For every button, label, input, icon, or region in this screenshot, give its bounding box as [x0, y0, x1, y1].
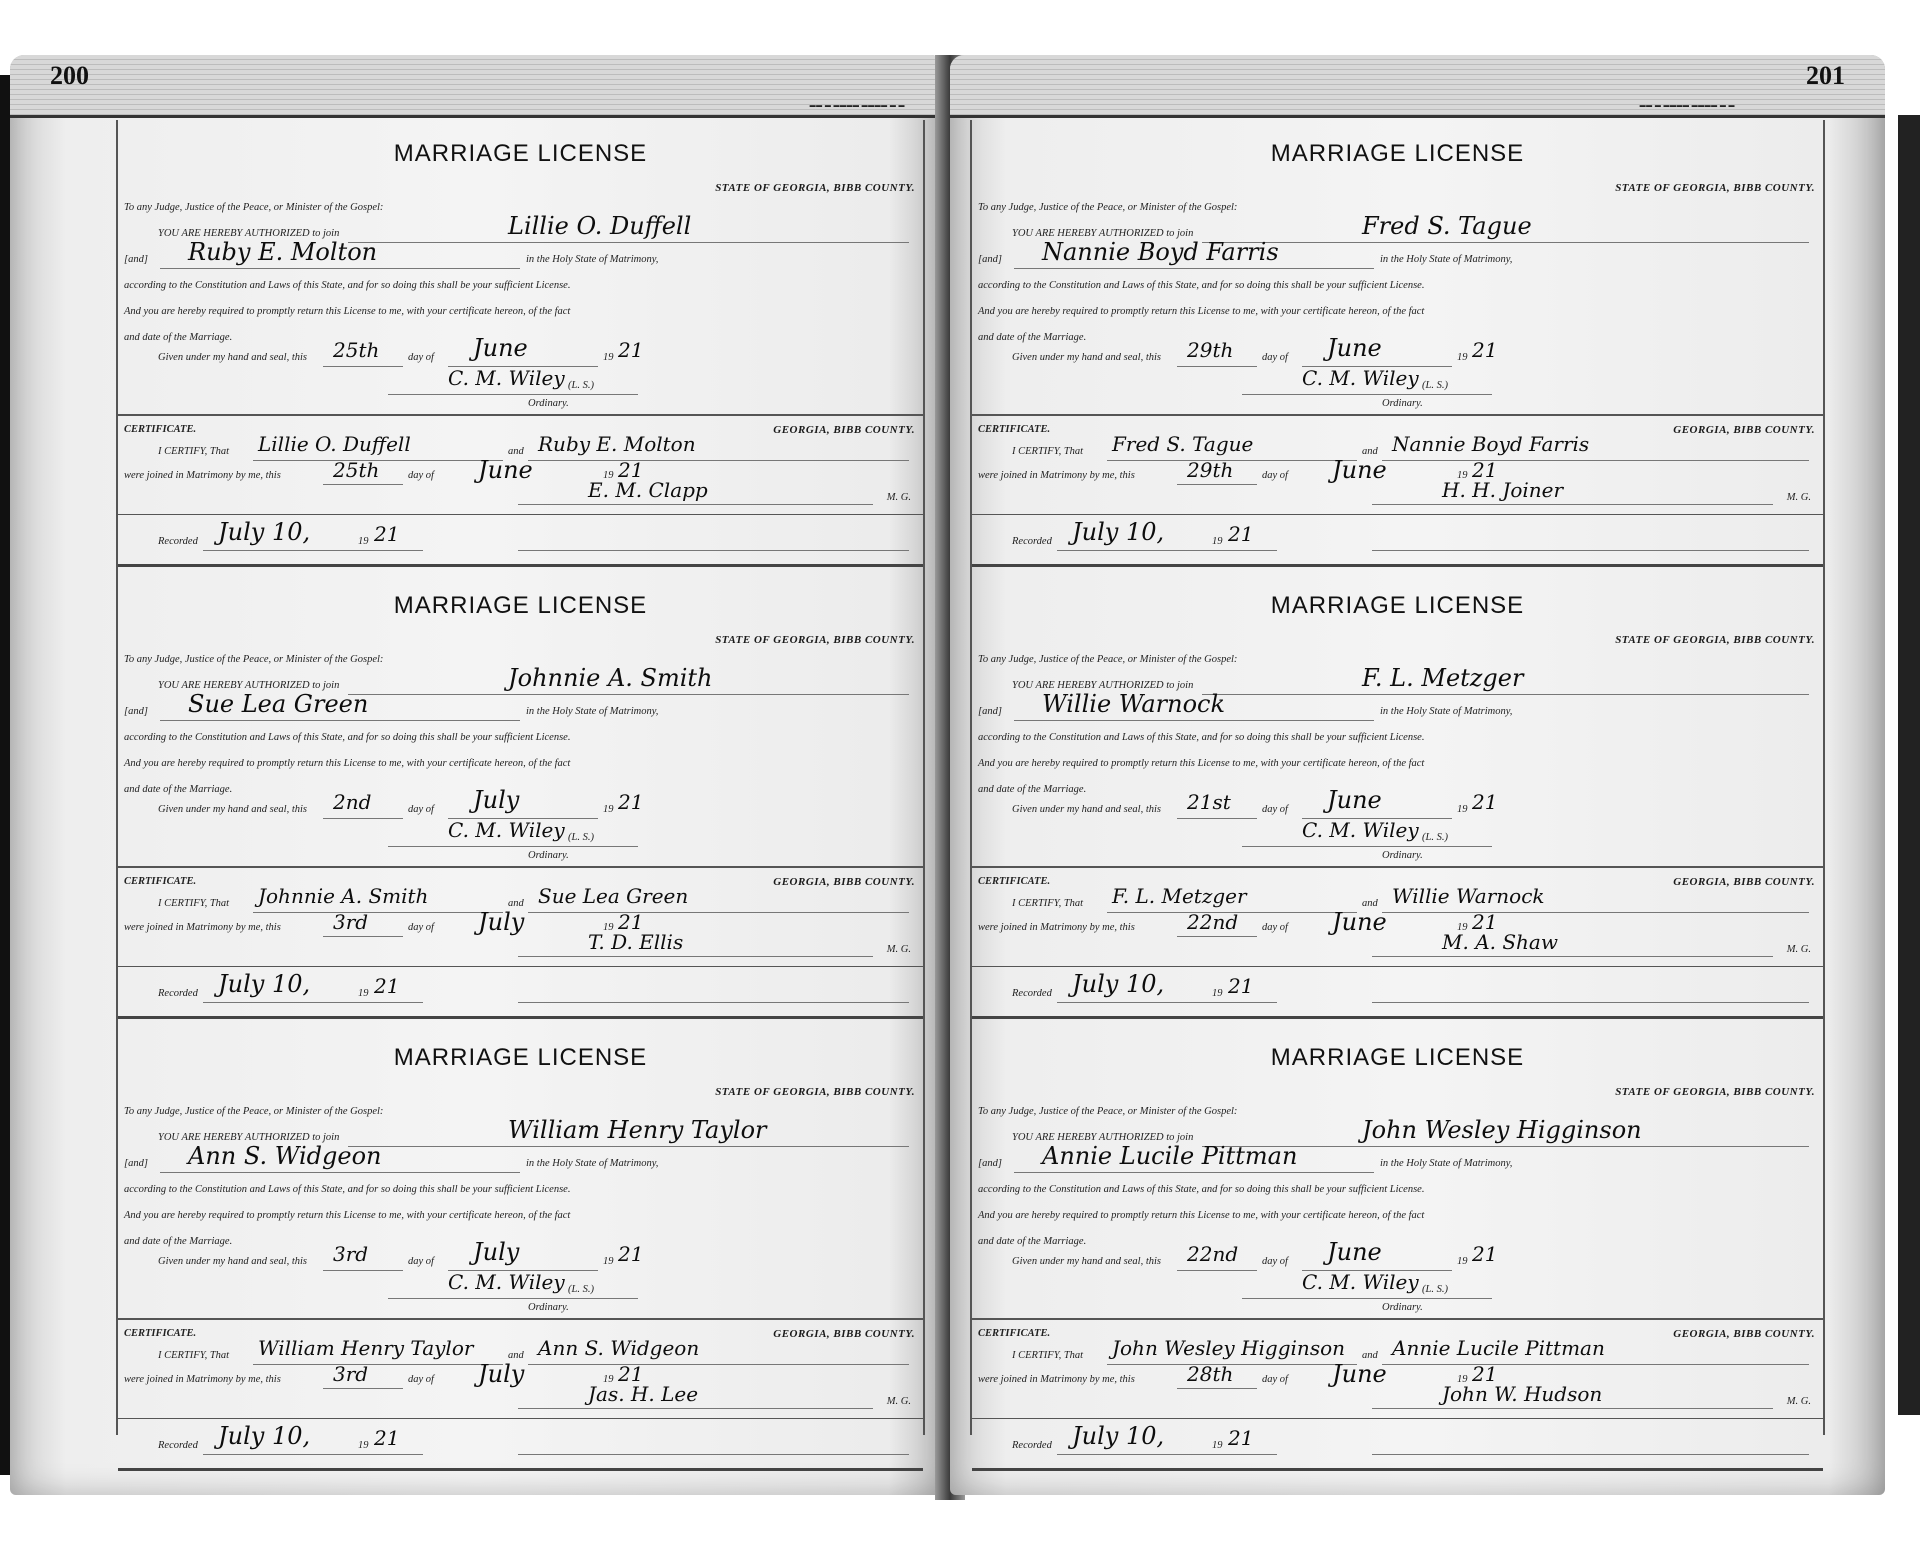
joined-text: were joined in Matrimony by me, this: [978, 1374, 1135, 1385]
recorded-line: [203, 1002, 423, 1003]
certificate-county: GEORGIA, BIBB COUNTY.: [773, 424, 915, 436]
joined-text: were joined in Matrimony by me, this: [124, 922, 281, 933]
license-day: 21st: [1187, 790, 1231, 814]
ls-seal: (L. S.): [568, 380, 594, 391]
bride-line: [160, 720, 520, 721]
day-line: [323, 818, 403, 819]
license-year: 21: [1472, 790, 1497, 814]
bride-line: [160, 1172, 520, 1173]
officiant-line: [1372, 504, 1773, 505]
page-number: 201: [1806, 61, 1845, 91]
joined-text: were joined in Matrimony by me, this: [124, 470, 281, 481]
license-title: MARRIAGE LICENSE: [972, 1044, 1823, 1072]
cert-day-line: [323, 484, 403, 485]
section-divider: [972, 514, 1823, 515]
license-month: June: [1327, 334, 1382, 362]
holy-state-text: in the Holy State of Matrimony,: [1380, 254, 1512, 265]
recorded-year-prefix: 19: [1212, 988, 1223, 999]
cert-day-of-text: day of: [1262, 922, 1288, 933]
recorded-year-prefix: 19: [358, 988, 369, 999]
license-day: 3rd: [333, 1242, 368, 1266]
date-of-text: and date of the Marriage.: [124, 1236, 232, 1247]
section-divider: [118, 966, 923, 967]
license-year: 21: [618, 790, 643, 814]
recorded-date: July 10,: [218, 970, 310, 998]
recorded-line: [203, 1454, 423, 1455]
recorded-date: July 10,: [1072, 1422, 1164, 1450]
section-divider: [118, 414, 923, 416]
cert-day-line: [323, 1388, 403, 1389]
cert-month: June: [1332, 456, 1387, 484]
cert-bride-name: Willie Warnock: [1392, 884, 1545, 908]
cert-bride-line: [1382, 460, 1809, 461]
certificate-county: GEORGIA, BIBB COUNTY.: [773, 876, 915, 888]
cert-day-of-text: day of: [408, 1374, 434, 1385]
required-text: And you are hereby required to promptly …: [978, 306, 1424, 317]
cert-day: 3rd: [333, 1362, 368, 1386]
ordinary-label: Ordinary.: [528, 398, 569, 409]
certificate-county: GEORGIA, BIBB COUNTY.: [1673, 876, 1815, 888]
according-text: according to the Constitution and Laws o…: [124, 732, 570, 743]
ordinary-label: Ordinary.: [1382, 1302, 1423, 1313]
cert-day: 3rd: [333, 910, 368, 934]
bride-name: Annie Lucile Pittman: [1042, 1142, 1297, 1170]
ordinary-signature: C. M. Wiley: [448, 366, 565, 390]
marriage-record: MARRIAGE LICENSE STATE OF GEORGIA, BIBB …: [972, 120, 1823, 570]
section-divider: [118, 1318, 923, 1320]
and-label: [and]: [124, 254, 148, 265]
section-divider: [118, 866, 923, 868]
license-month: June: [1327, 1238, 1382, 1266]
and-label: [and]: [124, 1158, 148, 1169]
cert-month: June: [1332, 908, 1387, 936]
officiant-signature: E. M. Clapp: [588, 478, 708, 502]
cert-groom-name: Johnnie A. Smith: [258, 884, 428, 908]
cert-bride-name: Sue Lea Green: [538, 884, 688, 908]
recorded-label: Recorded: [1012, 988, 1052, 999]
officiant-line: [1372, 956, 1773, 957]
salutation-text: To any Judge, Justice of the Peace, or M…: [124, 654, 383, 665]
certificate-label: CERTIFICATE.: [124, 1328, 196, 1339]
bride-name: Nannie Boyd Farris: [1042, 238, 1279, 266]
recorded-label: Recorded: [1012, 536, 1052, 547]
recorded-year-prefix: 19: [1212, 1440, 1223, 1451]
groom-line: [348, 242, 909, 243]
blank-line: [1372, 550, 1809, 551]
date-of-text: and date of the Marriage.: [124, 332, 232, 343]
cert-groom-name: F. L. Metzger: [1112, 884, 1247, 908]
recorded-date: July 10,: [218, 1422, 310, 1450]
groom-line: [1202, 694, 1809, 695]
certificate-county: GEORGIA, BIBB COUNTY.: [1673, 424, 1815, 436]
officiant-signature: H. H. Joiner: [1442, 478, 1563, 502]
cert-day-line: [1177, 936, 1257, 937]
ordinary-label: Ordinary.: [528, 1302, 569, 1313]
certificate-county: GEORGIA, BIBB COUNTY.: [1673, 1328, 1815, 1340]
recorded-year: 21: [1228, 522, 1253, 546]
certificate-label: CERTIFICATE.: [978, 1328, 1050, 1339]
ordinary-signature: C. M. Wiley: [1302, 818, 1419, 842]
cert-bride-name: Ruby E. Molton: [538, 432, 696, 456]
license-month: June: [473, 334, 528, 362]
cert-month: July: [478, 1360, 524, 1388]
day-of-text: day of: [1262, 352, 1288, 363]
recorded-label: Recorded: [158, 1440, 198, 1451]
ordinary-label: Ordinary.: [1382, 850, 1423, 861]
recorded-year: 21: [374, 522, 399, 546]
blank-line: [1372, 1002, 1809, 1003]
mg-label: M. G.: [1787, 1396, 1811, 1407]
cert-day-line: [1177, 484, 1257, 485]
day-of-text: day of: [408, 804, 434, 815]
license-title: MARRIAGE LICENSE: [118, 1044, 923, 1072]
date-of-text: and date of the Marriage.: [124, 784, 232, 795]
cert-bride-line: [1382, 912, 1809, 913]
recorded-year-prefix: 19: [358, 536, 369, 547]
recorded-label: Recorded: [158, 988, 198, 999]
bride-line: [1014, 1172, 1374, 1173]
recorded-line: [1057, 1002, 1277, 1003]
page-header-band: [10, 55, 945, 118]
given-text: Given under my hand and seal, this: [158, 1256, 307, 1267]
license-title: MARRIAGE LICENSE: [972, 592, 1823, 620]
recorded-year: 21: [1228, 974, 1253, 998]
ls-seal: (L. S.): [1422, 832, 1448, 843]
according-text: according to the Constitution and Laws o…: [124, 1184, 570, 1195]
license-month: June: [1327, 786, 1382, 814]
license-day: 25th: [333, 338, 379, 362]
license-year: 21: [1472, 338, 1497, 362]
recorded-year: 21: [374, 1426, 399, 1450]
license-title: MARRIAGE LICENSE: [118, 140, 923, 168]
and-label: [and]: [978, 1158, 1002, 1169]
section-divider: [118, 1418, 923, 1419]
blank-line: [518, 1002, 909, 1003]
certificate-label: CERTIFICATE.: [124, 424, 196, 435]
required-text: And you are hereby required to promptly …: [124, 306, 570, 317]
cert-month: June: [1332, 1360, 1387, 1388]
joined-text: were joined in Matrimony by me, this: [124, 1374, 281, 1385]
marriage-record: MARRIAGE LICENSE STATE OF GEORGIA, BIBB …: [118, 572, 923, 1022]
cert-bride-name: Nannie Boyd Farris: [1392, 432, 1589, 456]
recorded-year: 21: [374, 974, 399, 998]
recorded-line: [1057, 1454, 1277, 1455]
license-year: 21: [618, 338, 643, 362]
given-text: Given under my hand and seal, this: [158, 804, 307, 815]
record-divider: [118, 1016, 923, 1019]
cert-groom-line: [253, 1364, 503, 1365]
day-of-text: day of: [1262, 804, 1288, 815]
cert-month: June: [478, 456, 533, 484]
cert-day: 22nd: [1187, 910, 1238, 934]
cert-day-line: [1177, 1388, 1257, 1389]
recorded-year: 21: [1228, 1426, 1253, 1450]
license-month: July: [473, 1238, 519, 1266]
ordinary-label: Ordinary.: [528, 850, 569, 861]
cert-bride-line: [1382, 1364, 1809, 1365]
holy-state-text: in the Holy State of Matrimony,: [526, 1158, 658, 1169]
certify-text: I CERTIFY, That: [158, 446, 229, 457]
license-month: July: [473, 786, 519, 814]
cert-bride-line: [528, 912, 909, 913]
according-text: according to the Constitution and Laws o…: [978, 732, 1424, 743]
certificate-label: CERTIFICATE.: [124, 876, 196, 887]
day-line: [1177, 366, 1257, 367]
holy-state-text: in the Holy State of Matrimony,: [526, 254, 658, 265]
blank-line: [1372, 1454, 1809, 1455]
holy-state-text: in the Holy State of Matrimony,: [526, 706, 658, 717]
year-prefix: 19: [603, 804, 614, 815]
cert-groom-name: Lillie O. Duffell: [258, 432, 411, 456]
marriage-record: MARRIAGE LICENSE STATE OF GEORGIA, BIBB …: [118, 1024, 923, 1474]
cert-bride-line: [528, 1364, 909, 1365]
cert-groom-name: William Henry Taylor: [258, 1336, 473, 1360]
section-divider: [972, 966, 1823, 967]
blank-line: [518, 550, 909, 551]
cert-groom-line: [253, 912, 503, 913]
day-line: [323, 1270, 403, 1271]
mg-label: M. G.: [1787, 492, 1811, 503]
ordinary-line: [1242, 1298, 1492, 1299]
officiant-line: [518, 956, 873, 957]
recorded-date: July 10,: [1072, 518, 1164, 546]
officiant-signature: John W. Hudson: [1442, 1382, 1602, 1406]
cert-day: 28th: [1187, 1362, 1233, 1386]
printer-imprint: ▬▬ ▬ ▬▬▬▬ ▬▬▬▬ ▬ ▬: [1640, 103, 1735, 109]
salutation-text: To any Judge, Justice of the Peace, or M…: [978, 1106, 1237, 1117]
cert-day-line: [323, 936, 403, 937]
day-line: [1177, 1270, 1257, 1271]
marriage-record: MARRIAGE LICENSE STATE OF GEORGIA, BIBB …: [972, 572, 1823, 1022]
holy-state-text: in the Holy State of Matrimony,: [1380, 706, 1512, 717]
license-title: MARRIAGE LICENSE: [972, 140, 1823, 168]
cert-groom-name: Fred S. Tague: [1112, 432, 1253, 456]
officiant-signature: Jas. H. Lee: [588, 1382, 698, 1406]
page-header-band: [950, 55, 1885, 118]
bride-name: Ruby E. Molton: [188, 238, 377, 266]
bride-line: [1014, 268, 1374, 269]
ls-seal: (L. S.): [568, 832, 594, 843]
record-divider: [118, 564, 923, 567]
marriage-record: MARRIAGE LICENSE STATE OF GEORGIA, BIBB …: [118, 120, 923, 570]
license-day: 29th: [1187, 338, 1233, 362]
ls-seal: (L. S.): [568, 1284, 594, 1295]
certify-text: I CERTIFY, That: [1012, 898, 1083, 909]
state-county-header: STATE OF GEORGIA, BIBB COUNTY.: [715, 634, 915, 646]
section-divider: [972, 866, 1823, 868]
date-of-text: and date of the Marriage.: [978, 332, 1086, 343]
required-text: And you are hereby required to promptly …: [978, 1210, 1424, 1221]
day-of-text: day of: [408, 352, 434, 363]
year-prefix: 19: [1457, 804, 1468, 815]
given-text: Given under my hand and seal, this: [1012, 804, 1161, 815]
and-label: [and]: [124, 706, 148, 717]
groom-line: [348, 1146, 909, 1147]
ls-seal: (L. S.): [1422, 380, 1448, 391]
groom-name: Johnnie A. Smith: [508, 664, 713, 692]
section-divider: [972, 1318, 1823, 1320]
groom-line: [1202, 242, 1809, 243]
mg-label: M. G.: [1787, 944, 1811, 955]
date-of-text: and date of the Marriage.: [978, 784, 1086, 795]
ordinary-label: Ordinary.: [1382, 398, 1423, 409]
cert-month: July: [478, 908, 524, 936]
certify-text: I CERTIFY, That: [158, 1350, 229, 1361]
bride-name: Ann S. Widgeon: [188, 1142, 381, 1170]
ordinary-line: [388, 1298, 638, 1299]
ordinary-signature: C. M. Wiley: [1302, 366, 1419, 390]
section-divider: [972, 414, 1823, 416]
given-text: Given under my hand and seal, this: [1012, 352, 1161, 363]
year-prefix: 19: [1457, 1256, 1468, 1267]
joined-text: were joined in Matrimony by me, this: [978, 922, 1135, 933]
form-frame: MARRIAGE LICENSE STATE OF GEORGIA, BIBB …: [970, 120, 1825, 1435]
recorded-year-prefix: 19: [1212, 536, 1223, 547]
certify-text: I CERTIFY, That: [1012, 446, 1083, 457]
record-divider: [972, 564, 1823, 567]
state-county-header: STATE OF GEORGIA, BIBB COUNTY.: [1615, 634, 1815, 646]
according-text: according to the Constitution and Laws o…: [978, 280, 1424, 291]
recorded-date: July 10,: [218, 518, 310, 546]
section-divider: [118, 514, 923, 515]
groom-name: F. L. Metzger: [1362, 664, 1523, 692]
given-text: Given under my hand and seal, this: [158, 352, 307, 363]
cert-day-of-text: day of: [1262, 1374, 1288, 1385]
recorded-label: Recorded: [158, 536, 198, 547]
ordinary-signature: C. M. Wiley: [1302, 1270, 1419, 1294]
and-label: [and]: [978, 706, 1002, 717]
day-line: [1177, 818, 1257, 819]
state-county-header: STATE OF GEORGIA, BIBB COUNTY.: [715, 1086, 915, 1098]
certificate-label: CERTIFICATE.: [978, 876, 1050, 887]
given-text: Given under my hand and seal, this: [1012, 1256, 1161, 1267]
certify-text: I CERTIFY, That: [1012, 1350, 1083, 1361]
certificate-label: CERTIFICATE.: [978, 424, 1050, 435]
groom-name: Lillie O. Duffell: [508, 212, 691, 240]
cert-day-of-text: day of: [408, 922, 434, 933]
ordinary-line: [388, 846, 638, 847]
mg-label: M. G.: [887, 1396, 911, 1407]
cert-day-of-text: day of: [1262, 470, 1288, 481]
bride-name: Willie Warnock: [1042, 690, 1225, 718]
section-divider: [972, 1418, 1823, 1419]
recorded-line: [203, 550, 423, 551]
state-county-header: STATE OF GEORGIA, BIBB COUNTY.: [1615, 1086, 1815, 1098]
cert-bride-line: [528, 460, 909, 461]
groom-line: [348, 694, 909, 695]
ledger-edge-right: [1898, 115, 1920, 1415]
recorded-line: [1057, 550, 1277, 551]
license-year: 21: [1472, 1242, 1497, 1266]
certificate-county: GEORGIA, BIBB COUNTY.: [773, 1328, 915, 1340]
record-divider: [972, 1468, 1823, 1471]
cert-day: 29th: [1187, 458, 1233, 482]
year-prefix: 19: [603, 1256, 614, 1267]
cert-groom-name: John Wesley Higginson: [1112, 1336, 1345, 1360]
groom-name: Fred S. Tague: [1362, 212, 1532, 240]
ordinary-line: [1242, 846, 1492, 847]
bride-line: [1014, 720, 1374, 721]
and-label: [and]: [978, 254, 1002, 265]
officiant-line: [518, 1408, 873, 1409]
certify-text: I CERTIFY, That: [158, 898, 229, 909]
day-of-text: day of: [408, 1256, 434, 1267]
according-text: according to the Constitution and Laws o…: [124, 280, 570, 291]
officiant-signature: T. D. Ellis: [588, 930, 683, 954]
record-divider: [972, 1016, 1823, 1019]
officiant-line: [518, 504, 873, 505]
joined-text: were joined in Matrimony by me, this: [978, 470, 1135, 481]
year-prefix: 19: [1457, 352, 1468, 363]
page-right: 201 ▬▬ ▬ ▬▬▬▬ ▬▬▬▬ ▬ ▬ MARRIAGE LICENSE …: [950, 55, 1885, 1495]
license-day: 22nd: [1187, 1242, 1238, 1266]
ordinary-signature: C. M. Wiley: [448, 1270, 565, 1294]
ordinary-signature: C. M. Wiley: [448, 818, 565, 842]
printer-imprint: ▬▬ ▬ ▬▬▬▬ ▬▬▬▬ ▬ ▬: [810, 103, 905, 109]
ordinary-line: [388, 394, 638, 395]
cert-bride-name: Annie Lucile Pittman: [1392, 1336, 1605, 1360]
bride-name: Sue Lea Green: [188, 690, 368, 718]
ordinary-line: [1242, 394, 1492, 395]
cert-day: 25th: [333, 458, 379, 482]
cert-bride-name: Ann S. Widgeon: [538, 1336, 699, 1360]
license-title: MARRIAGE LICENSE: [118, 592, 923, 620]
according-text: according to the Constitution and Laws o…: [978, 1184, 1424, 1195]
officiant-signature: M. A. Shaw: [1442, 930, 1558, 954]
blank-line: [518, 1454, 909, 1455]
mg-label: M. G.: [887, 492, 911, 503]
page-left: 200 ▬▬ ▬ ▬▬▬▬ ▬▬▬▬ ▬ ▬ MARRIAGE LICENSE …: [10, 55, 945, 1495]
officiant-line: [1372, 1408, 1773, 1409]
state-county-header: STATE OF GEORGIA, BIBB COUNTY.: [1615, 182, 1815, 194]
marriage-record: MARRIAGE LICENSE STATE OF GEORGIA, BIBB …: [972, 1024, 1823, 1474]
bride-line: [160, 268, 520, 269]
groom-name: John Wesley Higginson: [1362, 1116, 1642, 1144]
state-county-header: STATE OF GEORGIA, BIBB COUNTY.: [715, 182, 915, 194]
salutation-text: To any Judge, Justice of the Peace, or M…: [978, 654, 1237, 665]
form-frame: MARRIAGE LICENSE STATE OF GEORGIA, BIBB …: [116, 120, 925, 1435]
day-line: [323, 366, 403, 367]
required-text: And you are hereby required to promptly …: [124, 758, 570, 769]
salutation-text: To any Judge, Justice of the Peace, or M…: [124, 202, 383, 213]
recorded-year-prefix: 19: [358, 1440, 369, 1451]
recorded-date: July 10,: [1072, 970, 1164, 998]
groom-name: William Henry Taylor: [508, 1116, 767, 1144]
record-divider: [118, 1468, 923, 1471]
page-number: 200: [50, 61, 89, 91]
salutation-text: To any Judge, Justice of the Peace, or M…: [978, 202, 1237, 213]
required-text: And you are hereby required to promptly …: [978, 758, 1424, 769]
cert-day-of-text: day of: [408, 470, 434, 481]
ls-seal: (L. S.): [1422, 1284, 1448, 1295]
license-day: 2nd: [333, 790, 371, 814]
date-of-text: and date of the Marriage.: [978, 1236, 1086, 1247]
salutation-text: To any Judge, Justice of the Peace, or M…: [124, 1106, 383, 1117]
required-text: And you are hereby required to promptly …: [124, 1210, 570, 1221]
license-year: 21: [618, 1242, 643, 1266]
holy-state-text: in the Holy State of Matrimony,: [1380, 1158, 1512, 1169]
recorded-label: Recorded: [1012, 1440, 1052, 1451]
day-of-text: day of: [1262, 1256, 1288, 1267]
open-ledger: 200 ▬▬ ▬ ▬▬▬▬ ▬▬▬▬ ▬ ▬ MARRIAGE LICENSE …: [0, 55, 1920, 1500]
mg-label: M. G.: [887, 944, 911, 955]
year-prefix: 19: [603, 352, 614, 363]
